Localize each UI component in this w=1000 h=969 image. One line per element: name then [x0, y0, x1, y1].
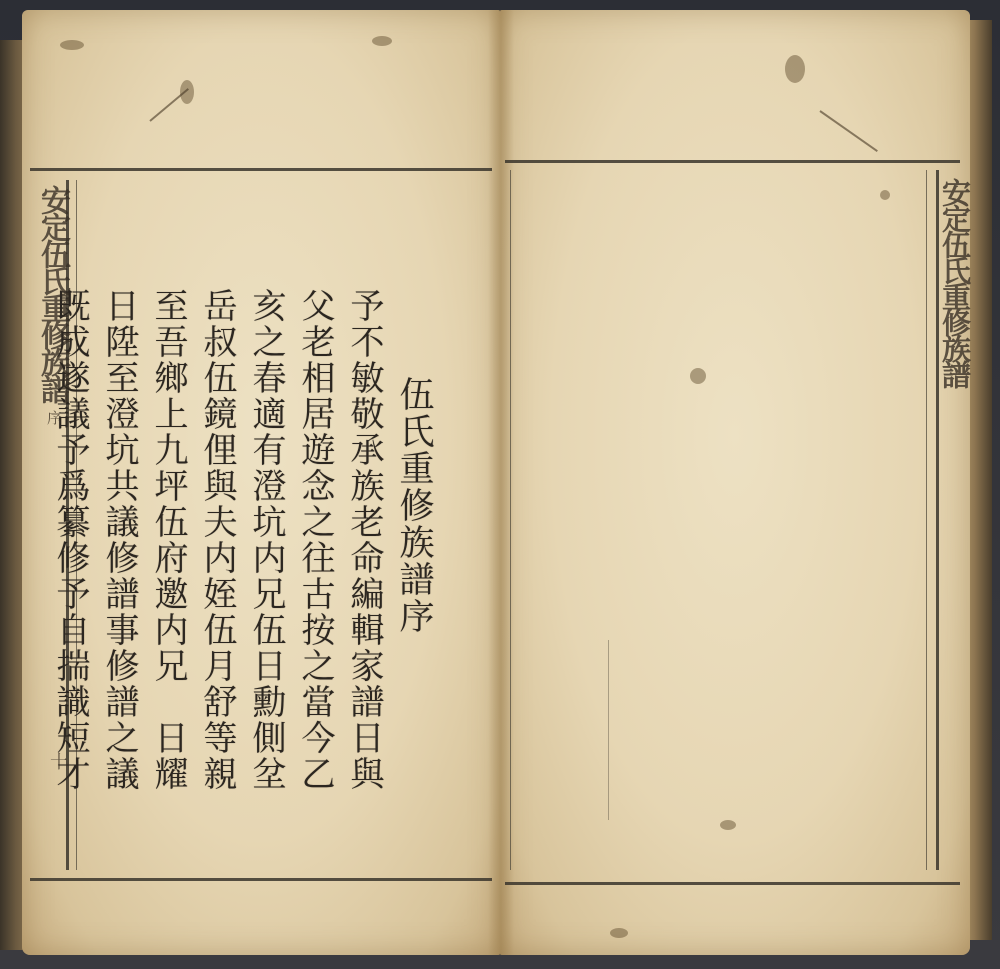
text-column: 岳叔伍鏡俚與夫内姪伍月舒等親 [192, 288, 241, 848]
wormhole-stain [610, 928, 628, 938]
right-page [500, 10, 970, 955]
faint-ruled-line [608, 640, 609, 820]
right-frame-left-line [510, 170, 511, 870]
left-frame-bottom [30, 878, 492, 881]
text-column: 父老相居遊念之往古按之當今乙 [290, 288, 339, 848]
wormhole-stain [880, 190, 890, 200]
wormhole-stain [690, 368, 706, 384]
wormhole-stain [60, 40, 84, 50]
wormhole-stain [720, 820, 736, 830]
text-column: 予不敏敬承族老命編輯家譜日與 [339, 288, 388, 848]
preface-title: 伍氏重修族譜序 [388, 288, 438, 848]
left-frame-top [30, 168, 492, 171]
text-column: 既成遂議予爲纂修予自揣識短才 [45, 288, 94, 848]
wormhole-stain [785, 55, 805, 83]
right-frame-top [505, 160, 960, 163]
text-column: 亥之春適有澄坑内兄伍日勳側坌 [241, 288, 290, 848]
right-frame-thin-line [926, 170, 927, 870]
text-column: 日陞至澄坑共議修譜事修譜之議 [94, 288, 143, 848]
right-spine-label: 安定伍氏重修族譜 [935, 178, 976, 468]
book-spread: 安定伍氏重修族譜 序 十 安定伍氏重修族譜 伍氏重修族譜序 予不敏敬承族老命編輯… [0, 0, 1000, 969]
wormhole-stain [372, 36, 392, 46]
right-frame-bottom [505, 882, 960, 885]
preface-text-block: 伍氏重修族譜序 予不敏敬承族老命編輯家譜日與 父老相居遊念之往古按之當今乙 亥之… [78, 288, 438, 848]
text-column: 至吾鄉上九坪伍府邀内兄 日耀 [143, 288, 192, 848]
